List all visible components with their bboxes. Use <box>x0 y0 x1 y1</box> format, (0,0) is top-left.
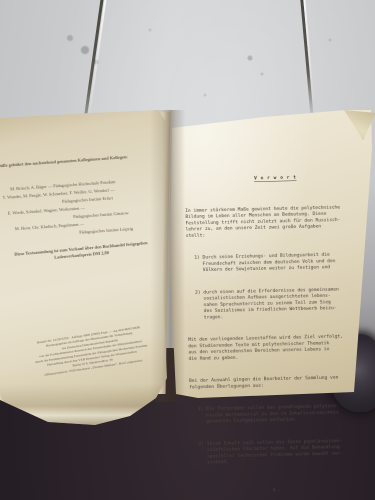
foreword-text: V o r w o r t In immer stärkerem Maße ge… <box>184 154 372 500</box>
foreword-paragraph: Mit den vorliegenden Lesestoffen wird da… <box>188 333 369 362</box>
acknowledgement-heading: Mithilfe gebührt den nachstehend genannt… <box>0 150 160 170</box>
foreword-list-item: 2) Ihrem Inhalt nach sollen die Texte po… <box>198 437 371 466</box>
foreword-title-row: V o r w o r t <box>184 167 349 189</box>
contributor-list: M. Britsch, A. Bäger — Pädagogische Hoch… <box>0 174 165 241</box>
foreword-list-item: 1) Die Textproben sollen das grundlegend… <box>198 402 370 425</box>
foreword-list-item: 1) Durch seine Erziehungs- und Bildungsa… <box>194 251 366 274</box>
foreword-paragraph: In immer stärkerem Maße gewinnt heute di… <box>185 204 366 239</box>
photo-of-open-book: Mithilfe gebührt den nachstehend genannt… <box>0 0 375 500</box>
foreword-paragraph: Bei der Auswahl gingen die Bearbeiter de… <box>189 374 369 391</box>
foreword-list-item: 2) durch einen auf die Erfordernisse des… <box>195 286 368 321</box>
page-number: - 4 - <box>192 485 357 495</box>
foreword-title: V o r w o r t <box>254 174 297 181</box>
page-curl <box>0 384 172 430</box>
